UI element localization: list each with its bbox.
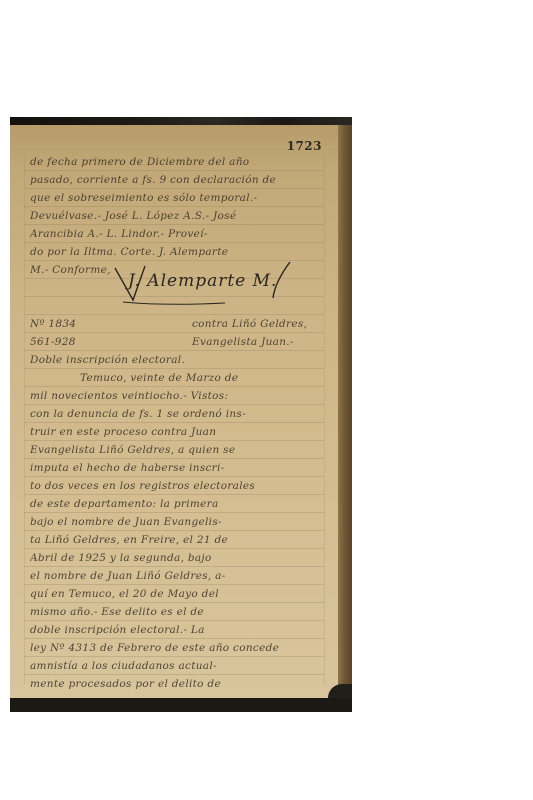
ruled-line xyxy=(24,656,324,657)
text-line: truir en este proceso contra Juan xyxy=(30,425,322,439)
text-line: imputa el hecho de haberse inscri- xyxy=(30,461,322,475)
text-line: bajo el nombre de Juan Evangelis- xyxy=(30,515,322,529)
entry-subject: Doble inscripción electoral. xyxy=(30,353,322,367)
text-line: Evangelista Liñó Geldres, a quien se xyxy=(30,443,322,457)
signature: J. Alemparte M. xyxy=(128,271,277,291)
ledger-page: 1723 de fecha primero de Diciembre del a… xyxy=(10,125,342,699)
ruled-line xyxy=(24,404,324,405)
ruled-line xyxy=(24,440,324,441)
ruled-line xyxy=(24,674,324,675)
ruled-line xyxy=(24,368,324,369)
ruled-line xyxy=(24,566,324,567)
text-line: do por la Iltma. Corte. J. Alemparte xyxy=(30,245,322,259)
ruled-line xyxy=(24,422,324,423)
right-margin-rule xyxy=(324,155,325,685)
left-margin-rule xyxy=(24,155,25,685)
text-line: Arancibia A.- L. Lindor.- Proveí- xyxy=(30,227,322,241)
ruled-line xyxy=(24,170,324,171)
entry-parties-1: contra Liñó Geldres, xyxy=(192,317,322,331)
text-line: amnistía a los ciudadanos actual- xyxy=(30,659,322,673)
ruled-line xyxy=(24,188,324,189)
ruled-line xyxy=(24,224,324,225)
folio-number: 1723 xyxy=(287,139,322,153)
bottom-frame-shadow xyxy=(10,698,352,712)
ruled-line xyxy=(24,242,324,243)
ruled-line xyxy=(24,494,324,495)
text-line: quí en Temuco, el 20 de Mayo del xyxy=(30,587,322,601)
ruled-line xyxy=(24,530,324,531)
ruled-line xyxy=(24,206,324,207)
text-line: el nombre de Juan Liñó Geldres, a- xyxy=(30,569,322,583)
entry-case-ref: 561-928 xyxy=(30,335,76,349)
text-line: de fecha primero de Diciembre del año xyxy=(30,155,322,169)
entry-parties-2: Evangelista Juan.- xyxy=(192,335,322,349)
text-line: to dos veces en los registros electorale… xyxy=(30,479,322,493)
text-line: mismo año.- Ese delito es el de xyxy=(30,605,322,619)
ruled-line xyxy=(24,314,324,315)
entry-number: Nº 1834 xyxy=(30,317,76,331)
ruled-line xyxy=(24,584,324,585)
ruled-line xyxy=(24,602,324,603)
entry-header-line-2: 561-928 Evangelista Juan.- xyxy=(30,335,322,349)
text-line: Temuco, veinte de Marzo de xyxy=(80,371,322,385)
text-line: ley Nº 4313 de Febrero de este año conce… xyxy=(30,641,322,655)
ruled-line xyxy=(24,332,324,333)
text-line: que el sobreseimiento es sólo temporal.- xyxy=(30,191,322,205)
text-line: mil novecientos veintiocho.- Vistos: xyxy=(30,389,322,403)
text-line: Abril de 1925 y la segunda, bajo xyxy=(30,551,322,565)
text-line: pasado, corriente a fs. 9 con declaració… xyxy=(30,173,322,187)
ruled-line xyxy=(24,638,324,639)
ruled-line xyxy=(24,548,324,549)
ruled-line xyxy=(24,350,324,351)
text-line: Devuélvase.- José L. López A.S.- José xyxy=(30,209,322,223)
text-line: mente procesados por el delito de xyxy=(30,677,322,691)
ruled-line xyxy=(24,458,324,459)
entry-header-line-1: Nº 1834 contra Liñó Geldres, xyxy=(30,317,322,331)
text-line: con la denuncia de fs. 1 se ordenó ins- xyxy=(30,407,322,421)
ruled-line xyxy=(24,620,324,621)
book-page-edge xyxy=(338,125,352,691)
scanned-page-photo: 1723 de fecha primero de Diciembre del a… xyxy=(10,117,352,712)
ruled-line xyxy=(24,260,324,261)
text-line: de este departamento: la primera xyxy=(30,497,322,511)
ruled-line xyxy=(24,476,324,477)
text-line: ta Liñó Geldres, en Freire, el 21 de xyxy=(30,533,322,547)
ruled-line xyxy=(24,512,324,513)
ruled-line xyxy=(24,386,324,387)
text-line: doble inscripción electoral.- La xyxy=(30,623,322,637)
